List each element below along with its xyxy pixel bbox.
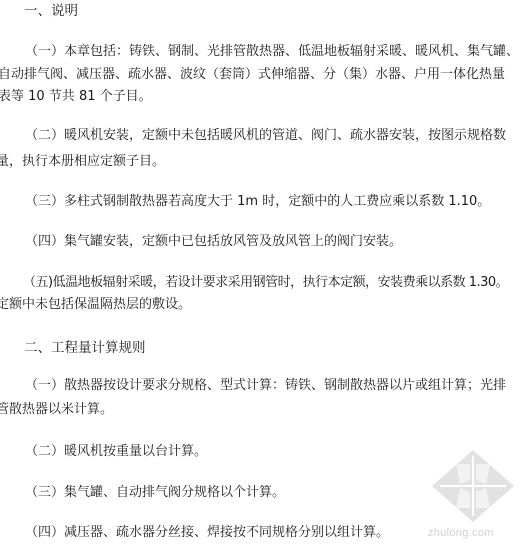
paragraph-1-line-2: 自动排气阀、减压器、疏水器、波纹（套筒）式伸缩器、分（集）水器、户用一体化热量 — [0, 67, 505, 83]
paragraph-2-line-2: 量，执行本册相应定额子目。 — [0, 154, 165, 170]
rule-4: （四）减压器、疏水器分丝接、焊接按不同规格分别以组计算。 — [25, 525, 389, 541]
rule-1-line-1: （一）散热器按设计要求分规格、型式计算：铸铁、钢制散热器以片或组计算；光排 — [25, 378, 506, 394]
paragraph-1-line-1: （一）本章包括：铸铁、钢制、光排管散热器、低温地板辐射采暖、暖风机、集气罐、 — [25, 44, 519, 60]
section-heading-calculation-rules: 二、工程量计算规则 — [24, 340, 146, 356]
paragraph-5-line-1: （五)低温地板辐射采暖，若设计要求采用钢管时，执行本定额，安装费乘以系数 1.3… — [23, 275, 508, 291]
section-heading-explanation: 一、说明 — [24, 3, 78, 19]
rule-1-line-2: 管散热器以米计算。 — [0, 402, 113, 418]
watermark-text: zhulong.com — [428, 527, 494, 539]
paragraph-2-line-1: （二）暖风机安装，定额中未包括暖风机的管道、阀门、疏水器安装，按图示规格数 — [25, 128, 506, 144]
paragraph-3: （三）多柱式钢制散热器若高度大于 1m 时，定额中的人工费应乘以系数 1.10。 — [25, 194, 490, 210]
rule-2: （二）暖风机按重量以台计算。 — [25, 444, 207, 460]
paragraph-5-line-2: 定额中未包括保温隔热层的敷设。 — [0, 297, 191, 313]
paragraph-1-line-3: 表等 10 节共 81 个子目。 — [0, 89, 152, 105]
rule-3: （三）集气罐、自动排气阀分规格以个计算。 — [25, 485, 285, 501]
paragraph-4: （四）集气罐安装，定额中已包括放风管及放风管上的阀门安装。 — [25, 234, 402, 250]
